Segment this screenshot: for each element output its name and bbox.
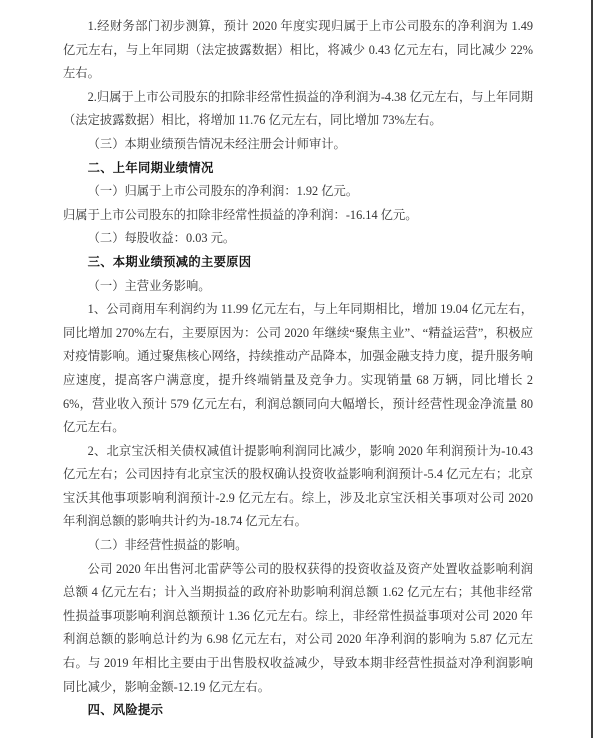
paragraph-prior-year-net-profit: （一）归属于上市公司股东的净利润：1.92 亿元。 [63, 180, 533, 204]
paragraph-commercial-vehicle-profit: 1、公司商用车利润约为 11.99 亿元左右，与上年同期相比，增加 19.04 … [63, 298, 533, 440]
paragraph-earnings-per-share: （二）每股收益：0.03 元。 [63, 227, 533, 251]
section-heading-risk-warning: 四、风险提示 [63, 699, 533, 723]
paragraph-borgward-impact: 2、北京宝沃相关债权减值计提影响利润同比减少，影响 2020 年利润预计为-10… [63, 440, 533, 534]
page-right-border-line [591, 0, 593, 738]
section-heading-main-reasons: 三、本期业绩预减的主要原因 [63, 251, 533, 275]
section-heading-prior-year-results: 二、上年同期业绩情况 [63, 157, 533, 181]
paragraph-prior-year-deducted-profit: 归属于上市公司股东的扣除非经常性损益的净利润：-16.14 亿元。 [63, 204, 533, 228]
paragraph-non-operating-impact-label: （二）非经营性损益的影响。 [63, 534, 533, 558]
paragraph-main-business-impact-label: （一）主营业务影响。 [63, 275, 533, 299]
paragraph-non-recurring-items: 公司 2020 年出售河北雷萨等公司的股权获得的投资收益及资产处置收益影响利润总… [63, 558, 533, 700]
paragraph-unaudited-note: （三）本期业绩预告情况未经注册会计师审计。 [63, 133, 533, 157]
document-body: 1.经财务部门初步测算，预计 2020 年度实现归属于上市公司股东的净利润为 1… [63, 15, 533, 723]
paragraph-net-profit-forecast: 1.经财务部门初步测算，预计 2020 年度实现归属于上市公司股东的净利润为 1… [63, 15, 533, 86]
document-page: 1.经财务部门初步测算，预计 2020 年度实现归属于上市公司股东的净利润为 1… [0, 0, 595, 738]
paragraph-deducted-profit-forecast: 2.归属于上市公司股东的扣除非经常性损益的净利润为-4.38 亿元左右，与上年同… [63, 86, 533, 133]
